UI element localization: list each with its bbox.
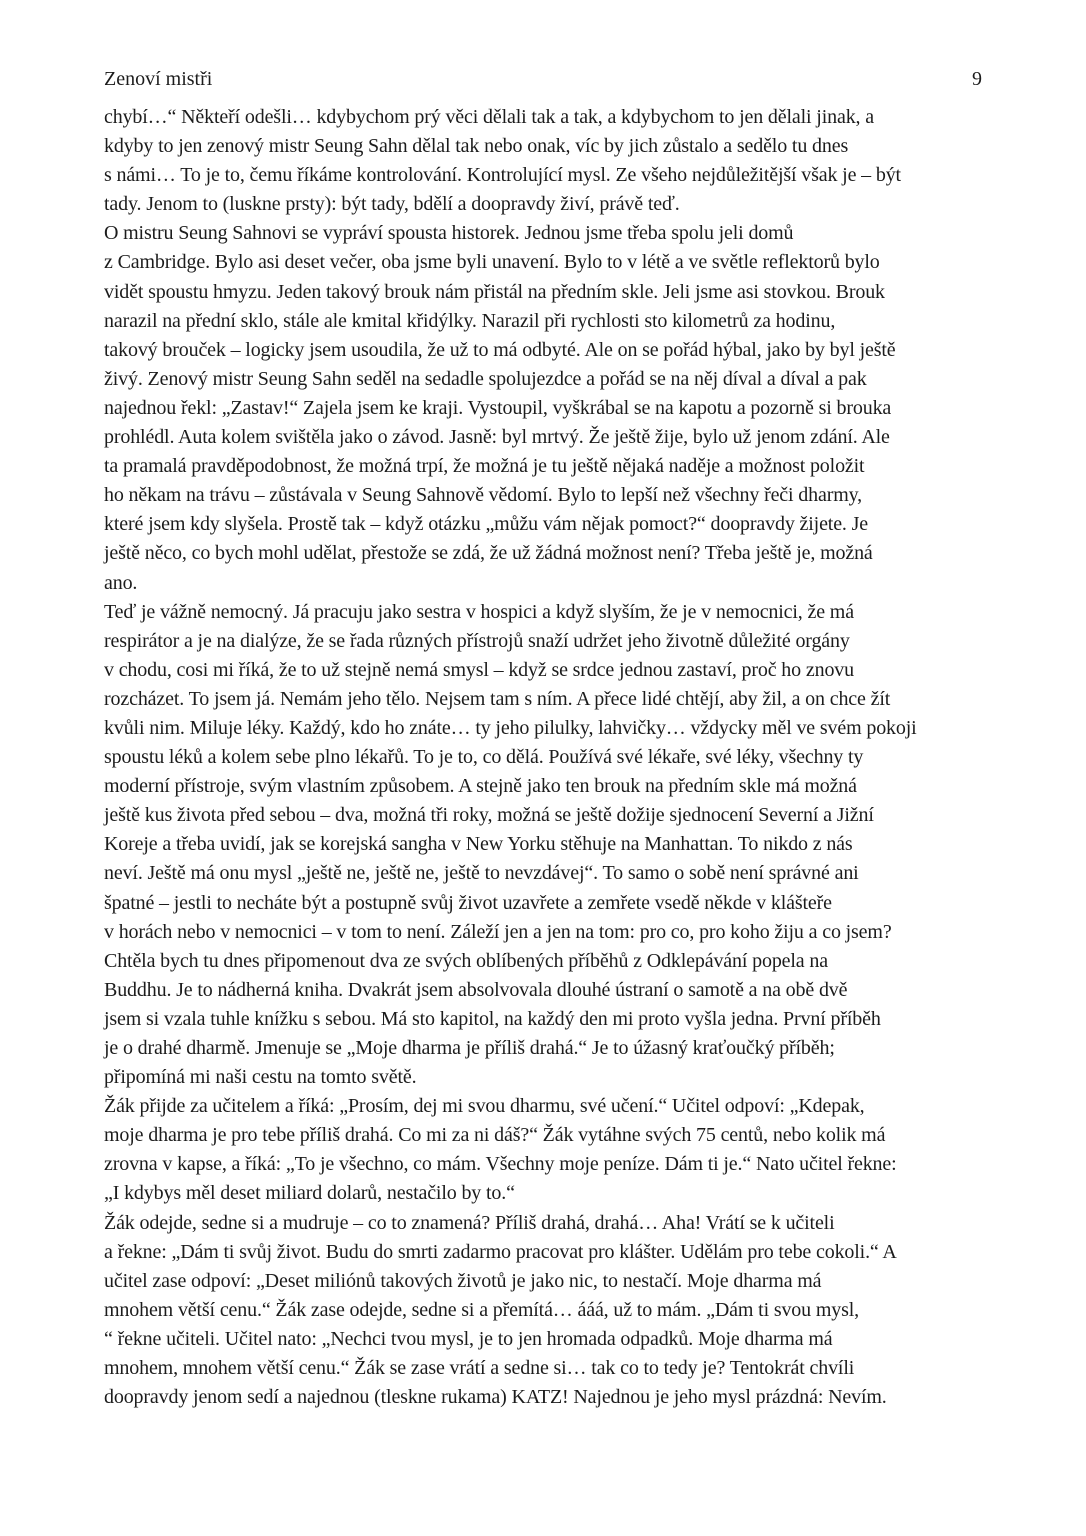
text-line: kdyby to jen zenový mistr Seung Sahn děl… [104, 132, 984, 161]
text-line: Chtěla bych tu dnes připomenout dva ze s… [104, 947, 984, 976]
text-line: živý. Zenový mistr Seung Sahn seděl na s… [104, 365, 984, 394]
page-number: 9 [972, 64, 982, 94]
text-line: Žák odejde, sedne si a mudruje – co to z… [104, 1209, 984, 1238]
text-line: Teď je vážně nemocný. Já pracuju jako se… [104, 598, 984, 627]
text-line: „I kdybys měl deset miliard dolarů, nest… [104, 1179, 984, 1208]
text-line: vidět spoustu hmyzu. Jeden takový brouk … [104, 278, 984, 307]
text-line: moje dharma je pro tebe příliš drahá. Co… [104, 1121, 984, 1150]
text-line: respirátor a je na dialýze, že se řada r… [104, 627, 984, 656]
text-line: neví. Ještě má onu mysl „ještě ne, ještě… [104, 859, 984, 888]
text-line: mnohem, mnohem větší cenu.“ Žák se zase … [104, 1354, 984, 1383]
text-line: takový brouček – logicky jsem usoudila, … [104, 336, 984, 365]
text-line: kvůli nim. Miluje léky. Každý, kdo ho zn… [104, 714, 984, 743]
text-line: ano. [104, 569, 984, 598]
text-line: připomíná mi naši cestu na tomto světě. [104, 1063, 984, 1092]
text-line: špatné – jestli to necháte být a postupn… [104, 889, 984, 918]
text-line: prohlédl. Auta kolem svištěla jako o záv… [104, 423, 984, 452]
text-line: je o drahé dharmě. Jmenuje se „Moje dhar… [104, 1034, 984, 1063]
body-text: chybí…“ Někteří odešli… kdybychom prý vě… [104, 103, 984, 1412]
text-line: a řekne: „Dám ti svůj život. Budu do smr… [104, 1238, 984, 1267]
text-line: ještě něco, co bych mohl udělat, přestož… [104, 539, 984, 568]
text-line: Koreje a třeba uvidí, jak se korejská sa… [104, 830, 984, 859]
text-line: ještě kus života před sebou – dva, možná… [104, 801, 984, 830]
text-line: “ řekne učiteli. Učitel nato: „Nechci tv… [104, 1325, 984, 1354]
text-line: tady. Jenom to (luskne prsty): být tady,… [104, 190, 984, 219]
text-line: Žák přijde za učitelem a říká: „Prosím, … [104, 1092, 984, 1121]
text-line: najednou řekl: „Zastav!“ Zajela jsem ke … [104, 394, 984, 423]
text-line: Buddhu. Je to nádherná kniha. Dvakrát js… [104, 976, 984, 1005]
text-line: spoustu léků a kolem sebe plno lékařů. T… [104, 743, 984, 772]
text-line: O mistru Seung Sahnovi se vypráví spoust… [104, 219, 984, 248]
text-line: chybí…“ Někteří odešli… kdybychom prý vě… [104, 103, 984, 132]
text-line: doopravdy jenom sedí a najednou (tleskne… [104, 1383, 984, 1412]
running-header: Zenoví mistři 9 [104, 64, 982, 94]
text-line: ta pramalá pravděpodobnost, že možná trp… [104, 452, 984, 481]
text-line: jsem si vzala tuhle knížku s sebou. Má s… [104, 1005, 984, 1034]
text-line: zrovna v kapse, a říká: „To je všechno, … [104, 1150, 984, 1179]
text-line: mnohem větší cenu.“ Žák zase odejde, sed… [104, 1296, 984, 1325]
text-line: z Cambridge. Bylo asi deset večer, oba j… [104, 248, 984, 277]
text-line: v horách nebo v nemocnici – v tom to nen… [104, 918, 984, 947]
running-header-title: Zenoví mistři [104, 64, 212, 94]
text-line: moderní přístroje, svým vlastním způsobe… [104, 772, 984, 801]
text-line: v chodu, cosi mi říká, že to už stejně n… [104, 656, 984, 685]
text-line: s námi… To je to, čemu říkáme kontrolová… [104, 161, 984, 190]
text-line: narazil na přední sklo, stále ale kmital… [104, 307, 984, 336]
text-line: ho někam na trávu – zůstávala v Seung Sa… [104, 481, 984, 510]
text-line: rozcházet. To jsem já. Nemám jeho tělo. … [104, 685, 984, 714]
text-line: které jsem kdy slyšela. Prostě tak – kdy… [104, 510, 984, 539]
text-line: učitel zase odpoví: „Deset miliónů takov… [104, 1267, 984, 1296]
